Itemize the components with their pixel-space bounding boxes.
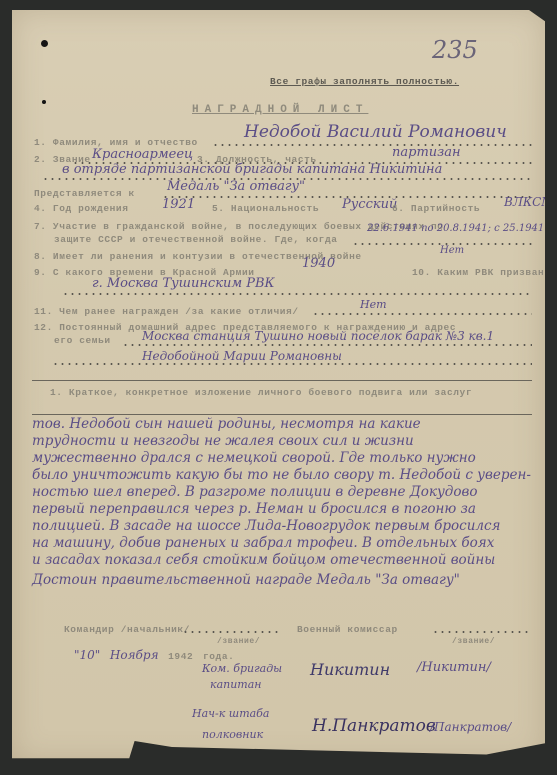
chief-of-staff-signature: Н.Панкратов bbox=[312, 716, 436, 736]
birth-year: 1921 bbox=[162, 197, 195, 212]
war-participation: 22.6.1941 по 20.8.1941; с 25.1941 в парт… bbox=[367, 223, 557, 234]
army-since: 1940 bbox=[302, 256, 335, 271]
divider bbox=[32, 380, 532, 381]
punch-mark bbox=[42, 100, 46, 104]
header-note: Все графы заполнять полностью. bbox=[270, 76, 459, 87]
nationality: Русский bbox=[342, 197, 397, 212]
field-1-value: Недобой Василий Романович bbox=[244, 122, 507, 142]
commander-signature: Никитин bbox=[310, 660, 390, 679]
commander-label: Командир /начальник/ bbox=[64, 624, 190, 635]
party: ВЛКСМ bbox=[504, 195, 554, 209]
award-sheet-paper: 235 Все графы заполнять полностью. НАГРА… bbox=[12, 10, 545, 762]
nominated-value: Медаль "За отвагу" bbox=[167, 179, 305, 194]
archive-number: 235 bbox=[432, 36, 478, 64]
field-3-value: партизан bbox=[392, 145, 461, 160]
document-title: НАГРАДНОЙ ЛИСТ bbox=[192, 104, 368, 116]
punch-hole bbox=[41, 40, 48, 47]
dotted-line bbox=[182, 631, 282, 633]
wounds-value: Нет bbox=[440, 245, 464, 256]
dotted-line bbox=[52, 363, 532, 365]
dotted-line bbox=[432, 631, 532, 633]
home-address: Москва станция Тушино новый поселок бара… bbox=[142, 326, 542, 366]
field-3-unit: в отряде партизанской бригады капитана Н… bbox=[62, 162, 442, 177]
section-header: 1. Краткое, конкретное изложение личного… bbox=[50, 387, 510, 399]
rvk-value: г. Москва Тушинским РВК bbox=[92, 276, 275, 291]
divider bbox=[32, 414, 532, 415]
dotted-line bbox=[312, 313, 532, 315]
dotted-line bbox=[122, 344, 532, 346]
nominated-label: Представляется к bbox=[34, 188, 135, 199]
previous-awards: Нет bbox=[360, 298, 387, 311]
dotted-line bbox=[212, 144, 532, 146]
commissar-label: Военный комиссар bbox=[297, 624, 398, 635]
field-2-value: Красноармеец bbox=[92, 147, 193, 162]
narrative: тов. Недобой сын нашей родины, несмотря … bbox=[32, 416, 531, 591]
dotted-line bbox=[62, 293, 532, 295]
